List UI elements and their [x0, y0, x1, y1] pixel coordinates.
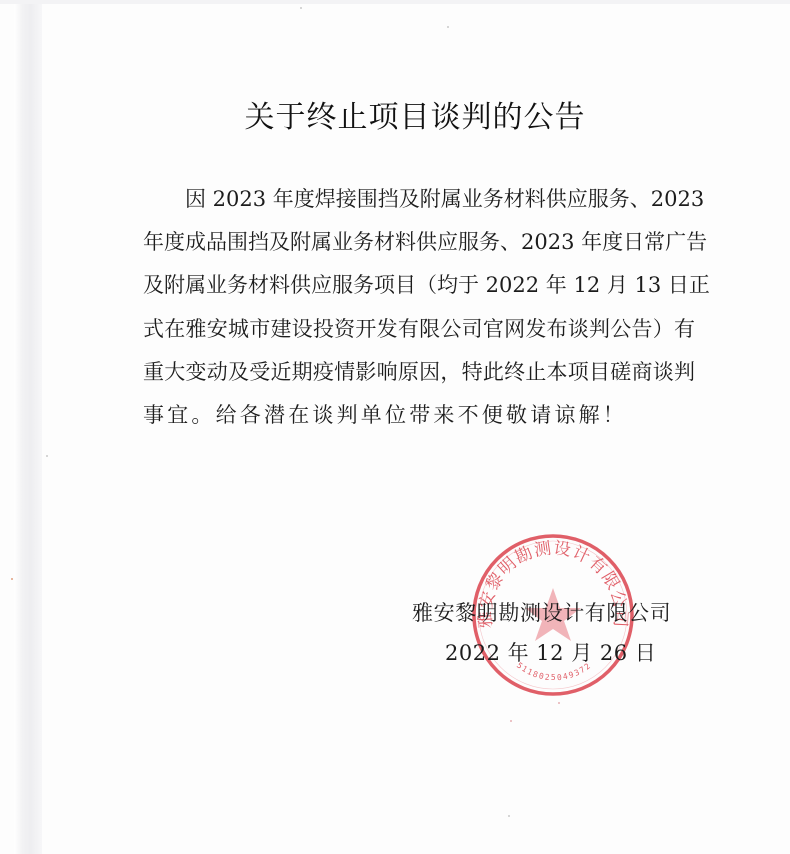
document-page: 关于终止项目谈判的公告 因 2023 年度焊接围挡及附属业务材料供应服务、202… [0, 0, 790, 854]
body-line-2: 年度成品围挡及附属业务材料供应服务、2023 年度日常广告 [143, 221, 695, 264]
announcement-body: 因 2023 年度焊接围挡及附属业务材料供应服务、2023 年度成品围挡及附属业… [143, 178, 695, 437]
body-line-1: 因 2023 年度焊接围挡及附属业务材料供应服务、2023 [143, 178, 695, 221]
document-title: 关于终止项目谈判的公告 [0, 92, 790, 136]
scan-speck [11, 578, 13, 580]
scan-speck [447, 26, 449, 28]
signature-block: 雅安黎明勘测设计有限公司 2022 年 12 月 26 日 [412, 593, 677, 673]
scan-speck [46, 455, 48, 457]
scan-speck [508, 815, 510, 817]
scan-speck [558, 702, 560, 704]
scan-speck [300, 7, 302, 9]
signature-company: 雅安黎明勘测设计有限公司 [412, 593, 677, 633]
signature-date: 2022 年 12 月 26 日 [412, 633, 677, 673]
body-line-3: 及附属业务材料供应服务项目（均于 2022 年 12 月 13 日正 [143, 264, 695, 307]
body-line-4: 式在雅安城市建设投资开发有限公司官网发布谈判公告）有 [143, 308, 695, 351]
body-line-5: 重大变动及受近期疫情影响原因，特此终止本项目磋商谈判 [143, 351, 695, 394]
scan-edge-top [0, 0, 790, 4]
body-line-6: 事宜。给各潜在谈判单位带来不便敬请谅解！ [143, 394, 695, 437]
scan-speck [510, 720, 512, 722]
